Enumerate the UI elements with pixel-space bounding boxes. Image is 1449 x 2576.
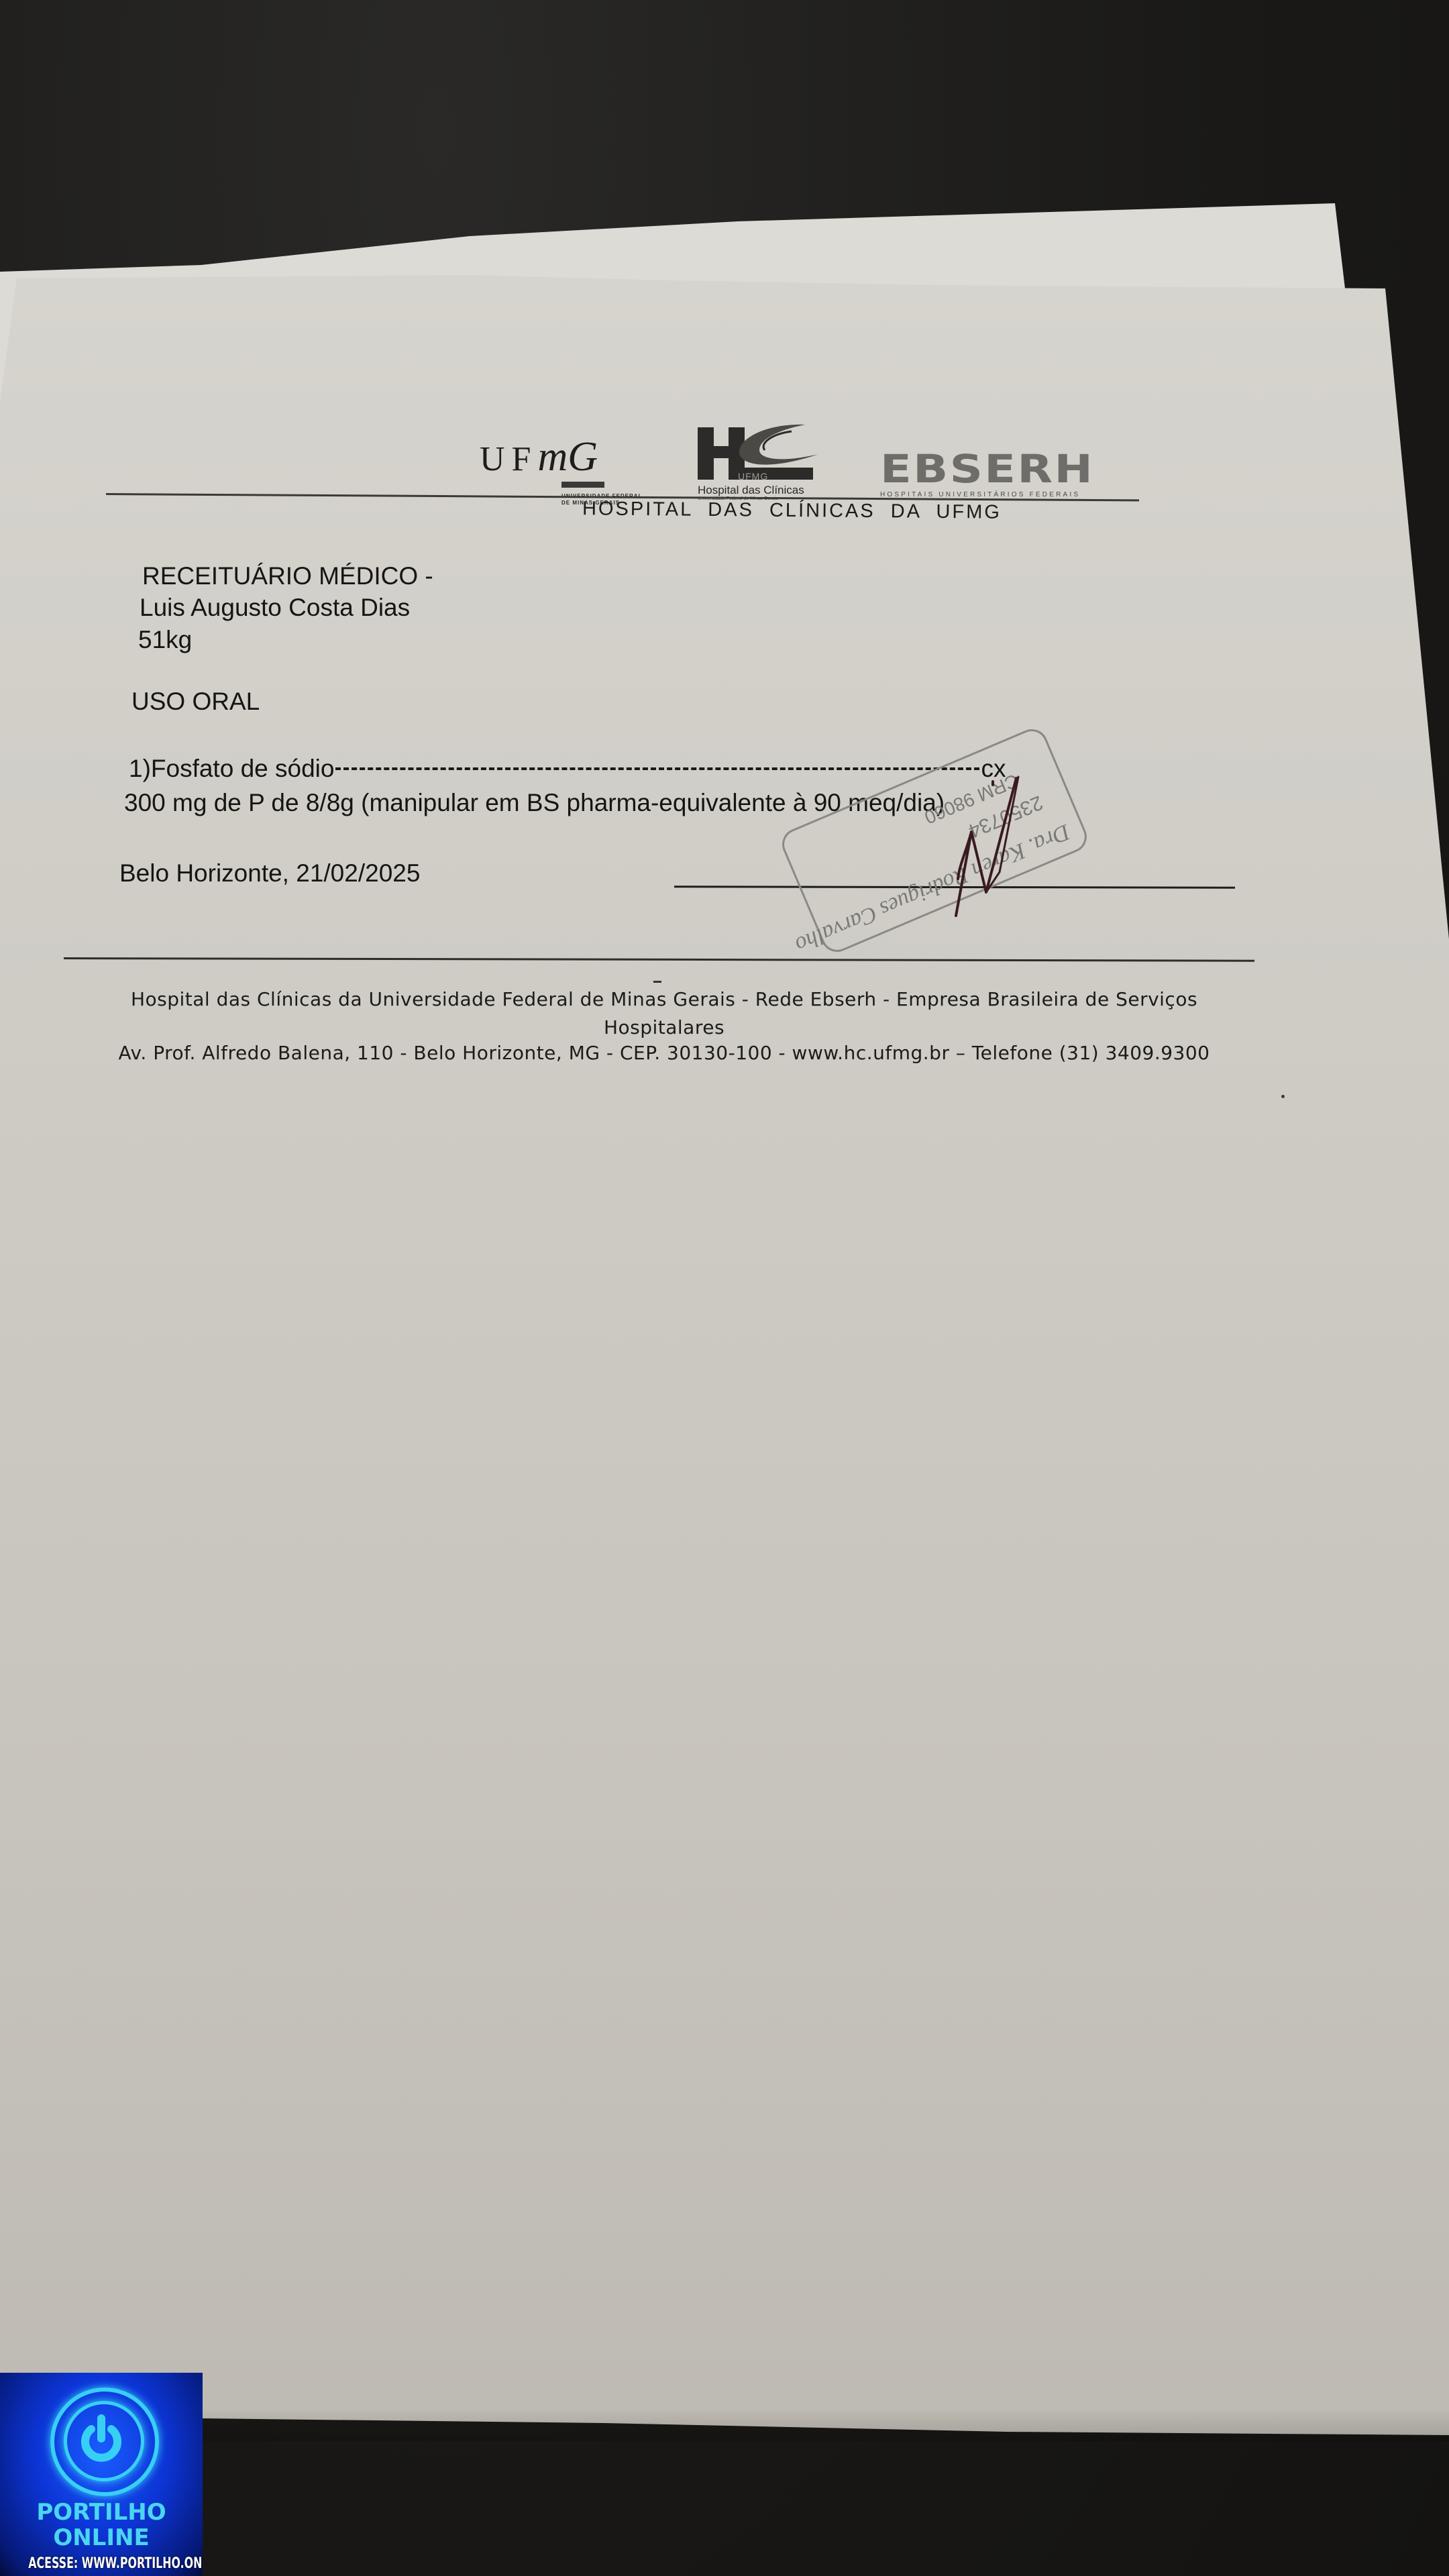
ebserh-subtitle: HOSPITAIS UNIVERSITÁRIOS FEDERAIS bbox=[880, 491, 1135, 498]
paper-speck bbox=[1281, 1095, 1285, 1098]
watermark-url: ACESSE: WWW.PORTILHO.ONLINE bbox=[28, 2555, 174, 2572]
place-and-date: Belo Horizonte, 21/02/2025 bbox=[119, 859, 420, 888]
header-logos: UFmG UNIVERSIDADE FEDERAL DE MINAS GERAI… bbox=[470, 413, 1140, 506]
footer-institution-line-cont: Hospitalares bbox=[64, 1016, 1265, 1038]
hc-emblem-icon bbox=[698, 419, 859, 483]
patient-weight: 51kg bbox=[138, 626, 192, 654]
dotted-leader bbox=[335, 767, 979, 770]
portilho-online-watermark: PORTILHO ONLINE ACESSE: WWW.PORTILHO.ONL… bbox=[0, 2373, 203, 2576]
medication-item: 1)Fosfato de sódio cx bbox=[129, 755, 1006, 783]
footer-mark bbox=[653, 981, 661, 983]
usage-route: USO ORAL bbox=[131, 688, 260, 716]
footer-institution-line: Hospital das Clínicas da Universidade Fe… bbox=[64, 988, 1265, 1010]
handwritten-signature-icon bbox=[892, 765, 1026, 926]
prescription-title: RECEITUÁRIO MÉDICO - bbox=[142, 562, 433, 590]
institution-name: HOSPITAL DAS CLÍNICAS DA UFMG bbox=[582, 498, 1002, 523]
ebserh-wordmark: EBSERH bbox=[880, 449, 1181, 488]
ebserh-logo: EBSERH HOSPITAIS UNIVERSITÁRIOS FEDERAIS bbox=[880, 449, 1135, 498]
ufmg-wordmark-left: UF bbox=[480, 440, 537, 478]
watermark-name-line2: ONLINE bbox=[0, 2526, 203, 2550]
ufmg-wordmark: UFmG bbox=[480, 436, 654, 478]
hc-logo-inner-text: UFMG bbox=[738, 471, 768, 482]
hc-logo: UFMG Hospital das Clínicas Universidade … bbox=[698, 419, 872, 506]
medication-instructions: 300 mg de P de 8/8g (manipular em BS pha… bbox=[124, 789, 945, 817]
ufmg-logo-bar bbox=[561, 482, 604, 488]
power-icon bbox=[79, 2414, 123, 2463]
medication-name: 1)Fosfato de sódio bbox=[129, 755, 334, 783]
hc-logo-title: Hospital das Clínicas bbox=[698, 484, 804, 497]
ufmg-wordmark-italic: mG bbox=[537, 434, 598, 480]
footer-address: Av. Prof. Alfredo Balena, 110 - Belo Hor… bbox=[64, 1042, 1265, 1064]
watermark-name-line1: PORTILHO bbox=[0, 2500, 203, 2524]
patient-name: Luis Augusto Costa Dias bbox=[140, 594, 410, 622]
prescription-paper-sheet bbox=[0, 0, 1449, 2576]
